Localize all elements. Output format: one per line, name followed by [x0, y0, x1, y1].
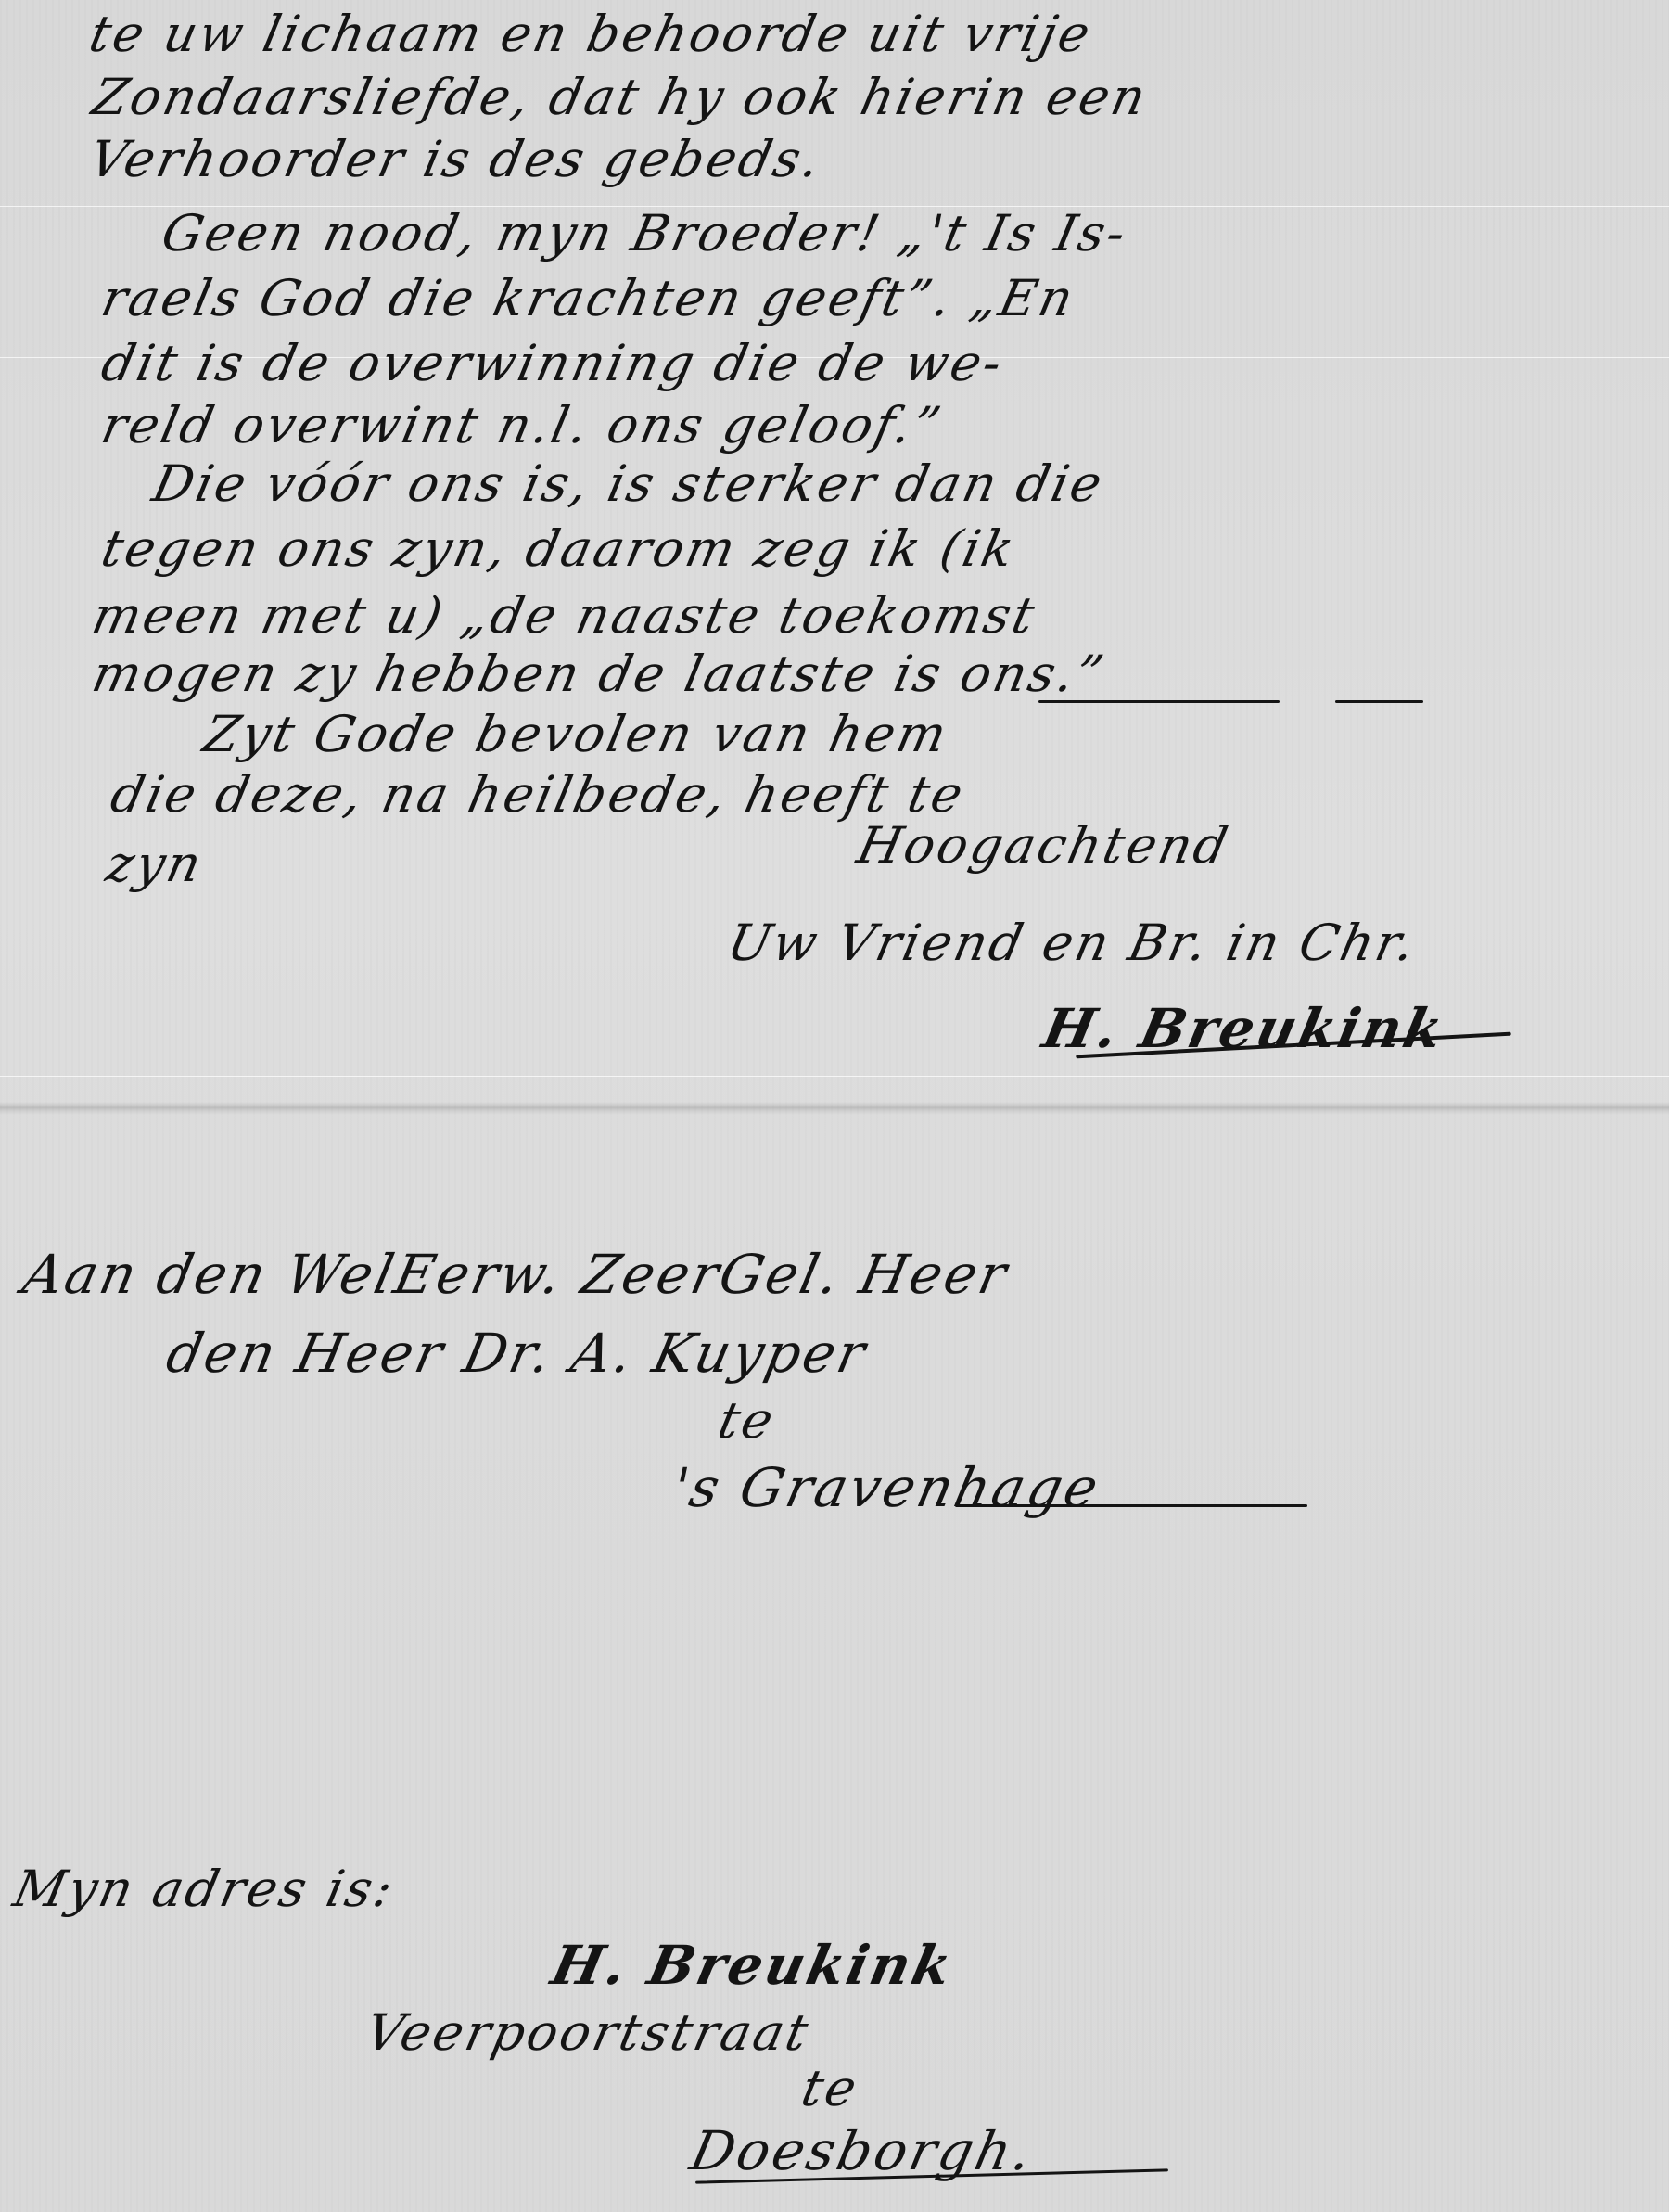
body-line: reld overwint n.l. ons geloof.”: [97, 401, 948, 451]
return-address-te: te: [797, 2064, 863, 2114]
body-line: zyn: [102, 839, 208, 889]
body-line: mogen zy hebben de laatste is ons.”: [88, 649, 1110, 699]
return-address-street: Veerpoortstraat: [362, 2008, 815, 2058]
return-address-city: Doesborgh.: [686, 2124, 1039, 2178]
address-line-2: den Heer Dr. A. Kuyper: [162, 1326, 873, 1380]
body-line: Verhoorder is des gebeds.: [85, 134, 826, 185]
return-address-label: Myn adres is:: [9, 1864, 400, 1914]
closing-salutation: Hoogachtend: [853, 821, 1234, 871]
body-line: meen met u) „de naaste toekomst: [88, 591, 1041, 641]
body-line: Zyt Gode bevolen van hem: [199, 710, 953, 760]
closing-relation: Uw Vriend en Br. in Chr.: [723, 918, 1421, 968]
body-line: die deze, na heilbede, heeft te: [107, 770, 970, 820]
body-line: Geen nood, myn Broeder! „'t Is Is-: [158, 209, 1132, 259]
underline-ons: [1335, 700, 1423, 703]
underline-laatste: [1038, 700, 1280, 703]
paper-crease: [0, 1076, 1669, 1077]
body-line: Die vóór ons is, is sterker dan die: [148, 459, 1109, 509]
address-te: te: [714, 1396, 780, 1446]
body-line: raels God die krachten geeft”. „En: [97, 274, 1080, 324]
body-line: tegen ons zyn, daarom zeg ik (ik: [97, 524, 1021, 574]
return-address-name: H. Breukink: [547, 1938, 959, 1992]
body-line: te uw lichaam en behoorde uit vrije: [85, 9, 1669, 59]
address-line-1: Aan den WelEerw. ZeerGel. Heer: [19, 1247, 1013, 1301]
body-line: Zondaarsliefde, dat hy ook hierin een: [88, 72, 1153, 122]
page-fold: [0, 1102, 1669, 1115]
city-underline: [955, 1504, 1307, 1507]
body-line: dit is de overwinning die de we-: [97, 339, 1009, 389]
